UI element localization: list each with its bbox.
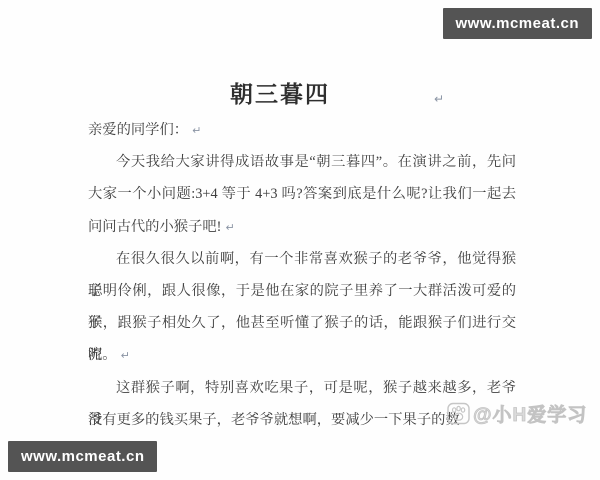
text-line: 在很久很久以前啊，有一个非常喜欢猴子的老爷爷，他觉得猴子 <box>88 243 516 275</box>
text-line: 没有更多的钱买果子，老爷爷就想啊，要减少一下果子的数 <box>88 404 516 436</box>
text-line: 今天我给大家讲得成语故事是“朝三暮四”。在演讲之前，先问 <box>88 146 516 178</box>
text-line-content: 大家一个小问题:3+4 等于 4+3 吗?答案到底是什么呢?让我们一起去 <box>88 186 516 202</box>
site-watermark-top: www.mcmeat.cn <box>443 8 592 39</box>
text-line: 聪明伶俐，跟人很像，于是他在家的院子里养了一大群活泼可爱的猴 <box>88 275 516 307</box>
text-line: 亲爱的同学们：↵ <box>88 114 516 146</box>
return-mark-icon: ↵ <box>121 349 130 362</box>
document-body: 亲爱的同学们：↵ 今天我给大家讲得成语故事是“朝三暮四”。在演讲之前，先问 大家… <box>88 114 516 436</box>
document-page: 朝三暮四 ↵ 亲爱的同学们：↵ 今天我给大家讲得成语故事是“朝三暮四”。在演讲之… <box>0 0 600 480</box>
text-line-content: 亲爱的同学们： <box>88 122 188 138</box>
text-line-content: 没有更多的钱买果子，老爷爷就想啊，要减少一下果子的数 <box>88 412 460 428</box>
text-line-content: 呢。 <box>88 347 117 363</box>
text-line: 这群猴子啊，特别喜欢吃果子，可是呢，猴子越来越多，老爷爷 <box>88 372 516 404</box>
return-mark-icon: ↵ <box>225 221 234 234</box>
text-line: 呢。↵ <box>88 339 516 371</box>
document-title: 朝三暮四 <box>65 80 495 110</box>
return-mark-icon: ↵ <box>434 92 444 106</box>
text-line: 问问古代的小猴子吧!↵ <box>88 211 516 243</box>
text-line: 子，跟猴子相处久了，他甚至听懂了猴子的话，能跟猴子们进行交流 <box>88 307 516 339</box>
site-watermark-bottom: www.mcmeat.cn <box>8 441 157 472</box>
text-line-content: 问问古代的小猴子吧! <box>88 219 221 235</box>
text-line-content: 今天我给大家讲得成语故事是“朝三暮四”。在演讲之前，先问 <box>116 154 516 170</box>
text-line: 大家一个小问题:3+4 等于 4+3 吗?答案到底是什么呢?让我们一起去 <box>88 178 516 210</box>
return-mark-icon: ↵ <box>192 124 201 137</box>
